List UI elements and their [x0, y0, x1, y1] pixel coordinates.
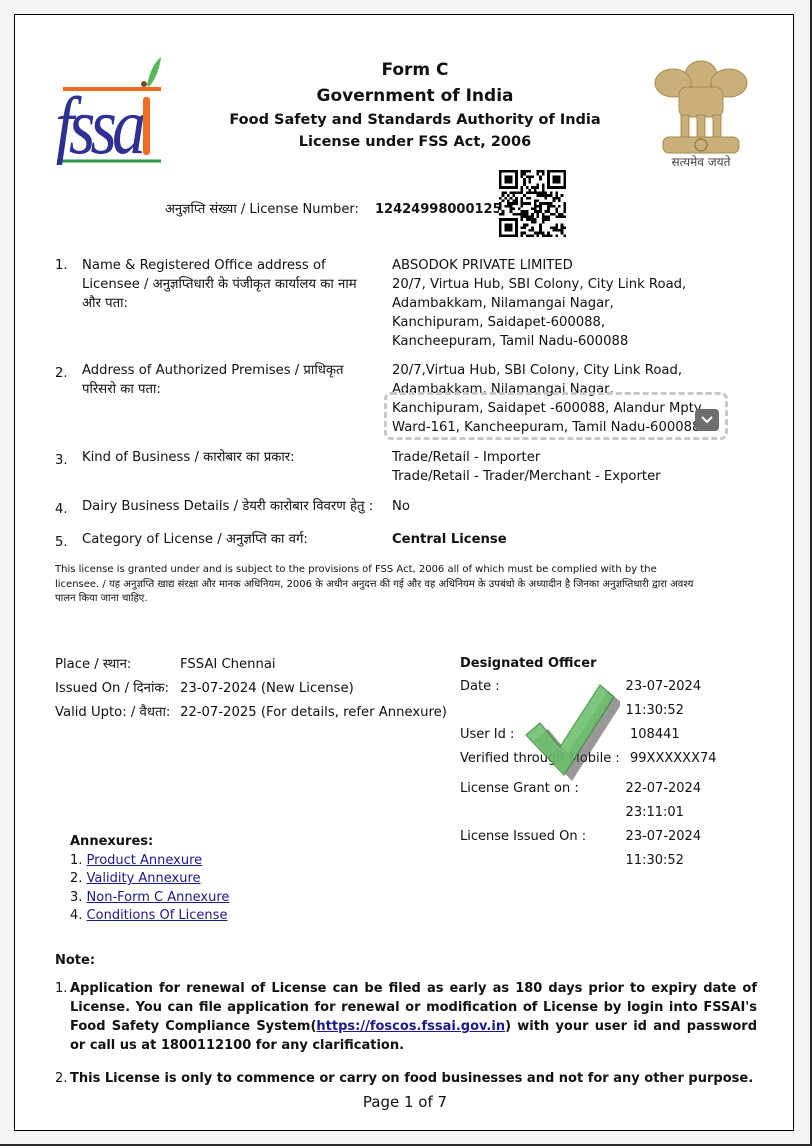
place-issue-block: Place / स्थान: FSSAI Chennai Issued On /…	[55, 653, 447, 725]
item-number: 2.	[55, 364, 75, 383]
note-item-renewal: 1. Application for renewal of License ca…	[55, 979, 757, 1055]
userid-value: 108441	[630, 723, 680, 747]
license-issued-value: 23-07-2024 11:30:52	[626, 825, 760, 873]
valid-row: Valid Upto: / वैधता: 22-07-2025 (For det…	[55, 701, 447, 725]
officer-heading: Designated Officer	[460, 653, 760, 675]
value-line: 20/7, Virtua Hub, SBI Colony, City Link …	[392, 275, 712, 294]
link-product-annexure[interactable]: Product Annexure	[87, 853, 203, 868]
mobile-value: 99XXXXXX74	[630, 747, 717, 771]
item-label: Category of License / अनुज्ञप्ति का वर्ग…	[82, 530, 372, 549]
valid-value: 22-07-2025 (For details, refer Annexure)	[180, 701, 447, 725]
foscos-link[interactable]: https://foscos.fssai.gov.in	[316, 1019, 505, 1034]
svg-text:fssa: fssa	[55, 80, 143, 165]
authority-title: Food Safety and Standards Authority of I…	[195, 109, 635, 131]
valid-label: Valid Upto: / वैधता:	[55, 701, 180, 725]
license-disclaimer: This license is granted under and is sub…	[55, 563, 695, 607]
value-line: No	[392, 497, 712, 516]
link-non-form-c-annexure[interactable]: Non-Form C Annexure	[87, 890, 230, 905]
item-value: Trade/Retail - Importer Trade/Retail - T…	[392, 448, 712, 486]
license-number-row: अनुज्ञप्ति संख्या / License Number: 1242…	[165, 199, 502, 217]
note-item-purpose: 2. This License is only to commence or c…	[55, 1069, 757, 1088]
value-line: 20/7,Virtua Hub, SBI Colony, City Link R…	[392, 361, 712, 380]
license-page: fssa Form C Government of India Food Saf…	[14, 14, 794, 1131]
item-label: Dairy Business Details / डेयरी कारोबार व…	[82, 497, 382, 516]
act-title: License under FSS Act, 2006	[195, 131, 635, 153]
item-number: 1.	[55, 256, 75, 275]
annexures-heading: Annexures:	[70, 833, 229, 852]
document-title-block: Form C Government of India Food Safety a…	[195, 57, 635, 153]
government-title: Government of India	[195, 83, 635, 109]
item-value: ABSODOK PRIVATE LIMITED 20/7, Virtua Hub…	[392, 256, 712, 351]
place-label: Place / स्थान:	[55, 653, 180, 677]
value-line: Trade/Retail - Importer	[392, 448, 712, 467]
link-conditions-of-license[interactable]: Conditions Of License	[87, 908, 228, 923]
annexure-item: 3. Non-Form C Annexure	[70, 889, 229, 908]
qr-code	[499, 170, 566, 237]
value-line: ABSODOK PRIVATE LIMITED	[392, 256, 712, 275]
place-value: FSSAI Chennai	[180, 653, 276, 677]
note-block: Note: 1. Application for renewal of Lice…	[55, 951, 757, 1088]
place-row: Place / स्थान: FSSAI Chennai	[55, 653, 447, 677]
item-value: No	[392, 497, 712, 516]
issued-label: Issued On / दिनांक:	[55, 677, 180, 701]
page-number: Page 1 of 7	[15, 1093, 795, 1111]
officer-issued-row: License Issued On : 23-07-2024 11:30:52	[460, 825, 760, 873]
value-line: Kancheepuram, Tamil Nadu-600088	[392, 332, 712, 351]
form-title: Form C	[195, 57, 635, 83]
value-line: Central License	[392, 530, 712, 549]
license-number-value: 12424998000125	[375, 202, 502, 217]
item-number: 4.	[55, 500, 75, 519]
annexure-item: 1. Product Annexure	[70, 852, 229, 871]
value-line: Adambakkam, Nilamangai Nagar,	[392, 294, 712, 313]
address-dropdown-field[interactable]	[384, 392, 728, 440]
item-label: Address of Authorized Premises / प्राधिक…	[82, 361, 372, 399]
value-line: Trade/Retail - Trader/Merchant - Exporte…	[392, 467, 712, 486]
annexures-block: Annexures: 1. Product Annexure 2. Validi…	[70, 833, 229, 926]
item-label: Kind of Business / कारोबार का प्रकार:	[82, 448, 372, 467]
date-value: 23-07-2024 11:30:52	[626, 675, 760, 723]
note-heading: Note:	[55, 951, 757, 971]
chevron-down-icon[interactable]	[695, 409, 719, 431]
item-label: Name & Registered Office address of Lice…	[82, 256, 372, 313]
grant-value: 22-07-2024 23:11:01	[626, 777, 760, 825]
annexure-item: 2. Validity Annexure	[70, 870, 229, 889]
link-validity-annexure[interactable]: Validity Annexure	[87, 871, 201, 886]
item-number: 3.	[55, 451, 75, 470]
value-line: Kanchipuram, Saidapet-600088,	[392, 313, 712, 332]
license-issued-label: License Issued On :	[460, 825, 626, 873]
annexure-item: 4. Conditions Of License	[70, 907, 229, 926]
license-number-label: अनुज्ञप्ति संख्या / License Number:	[165, 199, 359, 217]
fssai-logo: fssa	[53, 55, 165, 165]
issued-value: 23-07-2024 (New License)	[180, 677, 354, 701]
item-number: 5.	[55, 533, 75, 552]
verified-checkmark-icon	[520, 675, 620, 785]
national-emblem-icon: सत्यमेव जयते	[643, 53, 759, 171]
emblem-motto: सत्यमेव जयते	[643, 153, 759, 170]
item-value: Central License	[392, 530, 712, 549]
issued-row: Issued On / दिनांक: 23-07-2024 (New Lice…	[55, 677, 447, 701]
